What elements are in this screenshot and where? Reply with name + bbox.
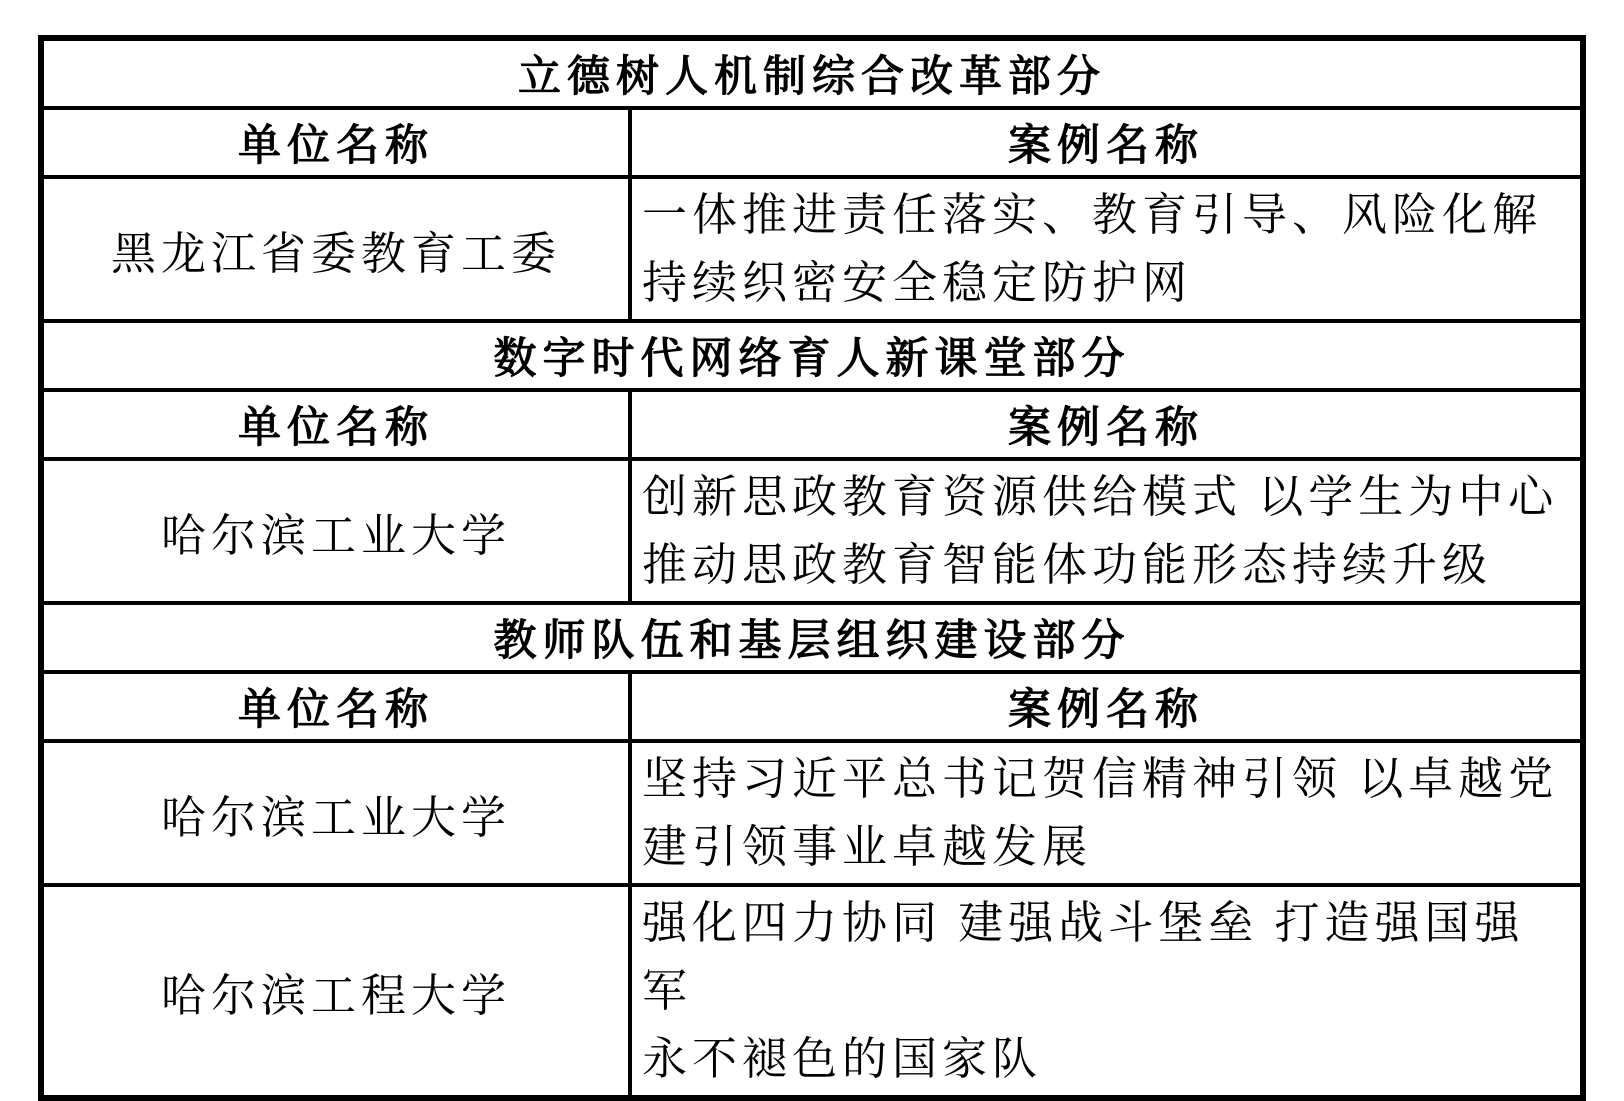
col-header-case: 案例名称: [630, 108, 1583, 177]
unit-name-cell: 哈尔滨工程大学: [41, 885, 630, 1098]
section-title: 数字时代网络育人新课堂部分: [41, 321, 1583, 390]
table-row: 数字时代网络育人新课堂部分: [41, 321, 1583, 390]
document-page: 立德树人机制综合改革部分 单位名称 案例名称 黑龙江省委教育工委 一体推进责任落…: [0, 0, 1624, 1048]
table-row: 教师队伍和基层组织建设部分: [41, 603, 1583, 672]
col-header-case: 案例名称: [630, 390, 1583, 459]
col-header-unit: 单位名称: [41, 108, 630, 177]
award-cases-table: 立德树人机制综合改革部分 单位名称 案例名称 黑龙江省委教育工委 一体推进责任落…: [38, 35, 1586, 1101]
section-title: 教师队伍和基层组织建设部分: [41, 603, 1583, 672]
table-row: 哈尔滨工业大学 创新思政教育资源供给模式 以学生为中心 推动思政教育智能体功能形…: [41, 459, 1583, 603]
unit-name-cell: 哈尔滨工业大学: [41, 741, 630, 885]
table-row: 立德树人机制综合改革部分: [41, 38, 1583, 108]
table-row: 黑龙江省委教育工委 一体推进责任落实、教育引导、风险化解 持续织密安全稳定防护网: [41, 177, 1583, 321]
unit-name-cell: 哈尔滨工业大学: [41, 459, 630, 603]
col-header-unit: 单位名称: [41, 390, 630, 459]
table-row: 哈尔滨工程大学 强化四力协同 建强战斗堡垒 打造强国强军 永不褪色的国家队: [41, 885, 1583, 1098]
table-row: 单位名称 案例名称: [41, 672, 1583, 741]
table-row: 哈尔滨工业大学 坚持习近平总书记贺信精神引领 以卓越党 建引领事业卓越发展: [41, 741, 1583, 885]
col-header-unit: 单位名称: [41, 672, 630, 741]
table-row: 单位名称 案例名称: [41, 390, 1583, 459]
unit-name-cell: 黑龙江省委教育工委: [41, 177, 630, 321]
case-name-cell: 坚持习近平总书记贺信精神引领 以卓越党 建引领事业卓越发展: [630, 741, 1583, 885]
case-name-cell: 强化四力协同 建强战斗堡垒 打造强国强军 永不褪色的国家队: [630, 885, 1583, 1098]
section-title: 立德树人机制综合改革部分: [41, 38, 1583, 108]
col-header-case: 案例名称: [630, 672, 1583, 741]
case-name-cell: 创新思政教育资源供给模式 以学生为中心 推动思政教育智能体功能形态持续升级: [630, 459, 1583, 603]
case-name-cell: 一体推进责任落实、教育引导、风险化解 持续织密安全稳定防护网: [630, 177, 1583, 321]
table-row: 单位名称 案例名称: [41, 108, 1583, 177]
